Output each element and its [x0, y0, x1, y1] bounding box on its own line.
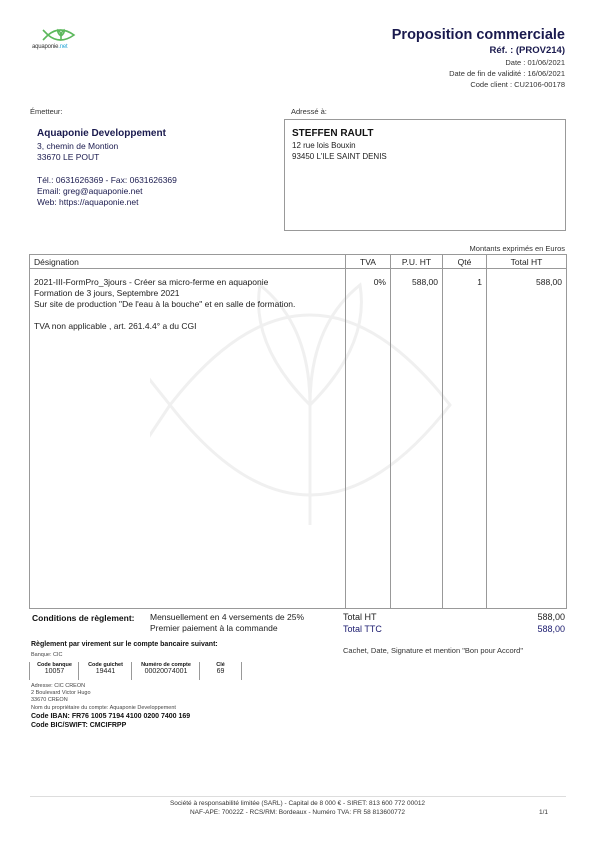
item-pu-ht: 588,00: [391, 269, 443, 609]
currency-note: Montants exprimés en Euros: [470, 244, 565, 253]
account-number-cell: Numéro de compte 00020074001: [131, 662, 200, 680]
signature-mention: Cachet, Date, Signature et mention "Bon …: [343, 646, 523, 655]
page-number: 1/1: [539, 809, 548, 816]
col-designation: Désignation: [30, 255, 346, 269]
total-ttc-value: 588,00: [537, 624, 565, 634]
col-pu-ht: P.U. HT: [391, 255, 443, 269]
iban-code: Code IBAN: FR76 1005 7194 4100 0200 7400…: [31, 713, 190, 720]
fish-sprout-icon: [40, 27, 80, 43]
item-line: TVA non applicable , art. 261.4.4° a du …: [34, 321, 341, 332]
sender-email[interactable]: Email: greg@aquaponie.net: [37, 186, 143, 196]
sender-phone: Tél.: 0631626369 - Fax: 0631626369: [37, 175, 177, 185]
bank-address-1: 2 Boulevard Victor Hugo: [31, 690, 91, 696]
items-header-row: Désignation TVA P.U. HT Qté Total HT: [30, 255, 567, 269]
total-ht-value: 588,00: [537, 612, 565, 622]
col-total-ht: Total HT: [487, 255, 567, 269]
payment-conditions-label: Conditions de règlement:: [32, 613, 134, 623]
validity-date: Date de fin de validité : 16/06/2021: [449, 69, 565, 78]
total-ttc-label: Total TTC: [343, 624, 382, 634]
document-reference: Réf. : (PROV214): [490, 45, 566, 56]
client-code: Code client : CU2106-00178: [470, 80, 565, 89]
sender-name: Aquaponie Developpement: [37, 128, 166, 139]
items-table: Désignation TVA P.U. HT Qté Total HT 202…: [29, 254, 567, 609]
logo-wordmark: aquaponie.net: [32, 44, 67, 50]
sender-label: Émetteur:: [30, 107, 63, 116]
item-line: 2021-III-FormPro_3jours - Créer sa micro…: [34, 277, 341, 288]
recipient-label: Adressé à:: [291, 107, 327, 116]
item-designation: 2021-III-FormPro_3jours - Créer sa micro…: [30, 269, 346, 609]
recipient-address-1: 12 rue lois Bouxin: [292, 141, 356, 150]
bank-code-cell: Code banque 10057: [29, 662, 79, 680]
footer-divider: [30, 796, 566, 797]
branch-code-cell: Code guichet 19441: [78, 662, 132, 680]
recipient-name: STEFFEN RAULT: [292, 128, 373, 139]
table-row: 2021-III-FormPro_3jours - Créer sa micro…: [30, 269, 567, 609]
bank-name: Banque: CIC: [31, 652, 63, 658]
company-logo: aquaponie.net: [30, 27, 90, 55]
item-line: Sur site de production "De l'eau à la bo…: [34, 299, 341, 310]
footer-legal-1: Société à responsabilité limitée (SARL) …: [0, 800, 595, 807]
total-ht-label: Total HT: [343, 612, 377, 622]
col-tva: TVA: [346, 255, 391, 269]
item-line: [34, 310, 341, 321]
item-tva: 0%: [346, 269, 391, 609]
sender-website[interactable]: Web: https://aquaponie.net: [37, 197, 138, 207]
key-cell: Clé 69: [199, 662, 242, 680]
bank-address-2: 33670 CREON: [31, 697, 68, 703]
item-total-ht: 588,00: [487, 269, 567, 609]
payment-condition-1: Mensuellement en 4 versements de 25%: [150, 612, 304, 622]
item-line: Formation de 3 jours, Septembre 2021: [34, 288, 341, 299]
item-qty: 1: [443, 269, 487, 609]
footer-legal-2: NAF-APE: 70022Z - RCS/RM: Bordeaux - Num…: [0, 809, 595, 816]
account-owner: Nom du propriétaire du compte: Aquaponie…: [31, 705, 176, 711]
sender-address-1: 3, chemin de Montion: [37, 141, 118, 151]
document-title: Proposition commerciale: [392, 27, 565, 43]
bank-transfer-heading: Règlement par virement sur le compte ban…: [31, 641, 218, 648]
recipient-address-2: 93450 L'ILE SAINT DENIS: [292, 152, 387, 161]
payment-condition-2: Premier paiement à la commande: [150, 623, 278, 633]
bank-address-label: Adresse: CIC CREON: [31, 683, 85, 689]
col-qty: Qté: [443, 255, 487, 269]
bic-code: Code BIC/SWIFT: CMCIFRPP: [31, 722, 126, 729]
sender-address-2: 33670 LE POUT: [37, 152, 99, 162]
document-date: Date : 01/06/2021: [505, 58, 565, 67]
